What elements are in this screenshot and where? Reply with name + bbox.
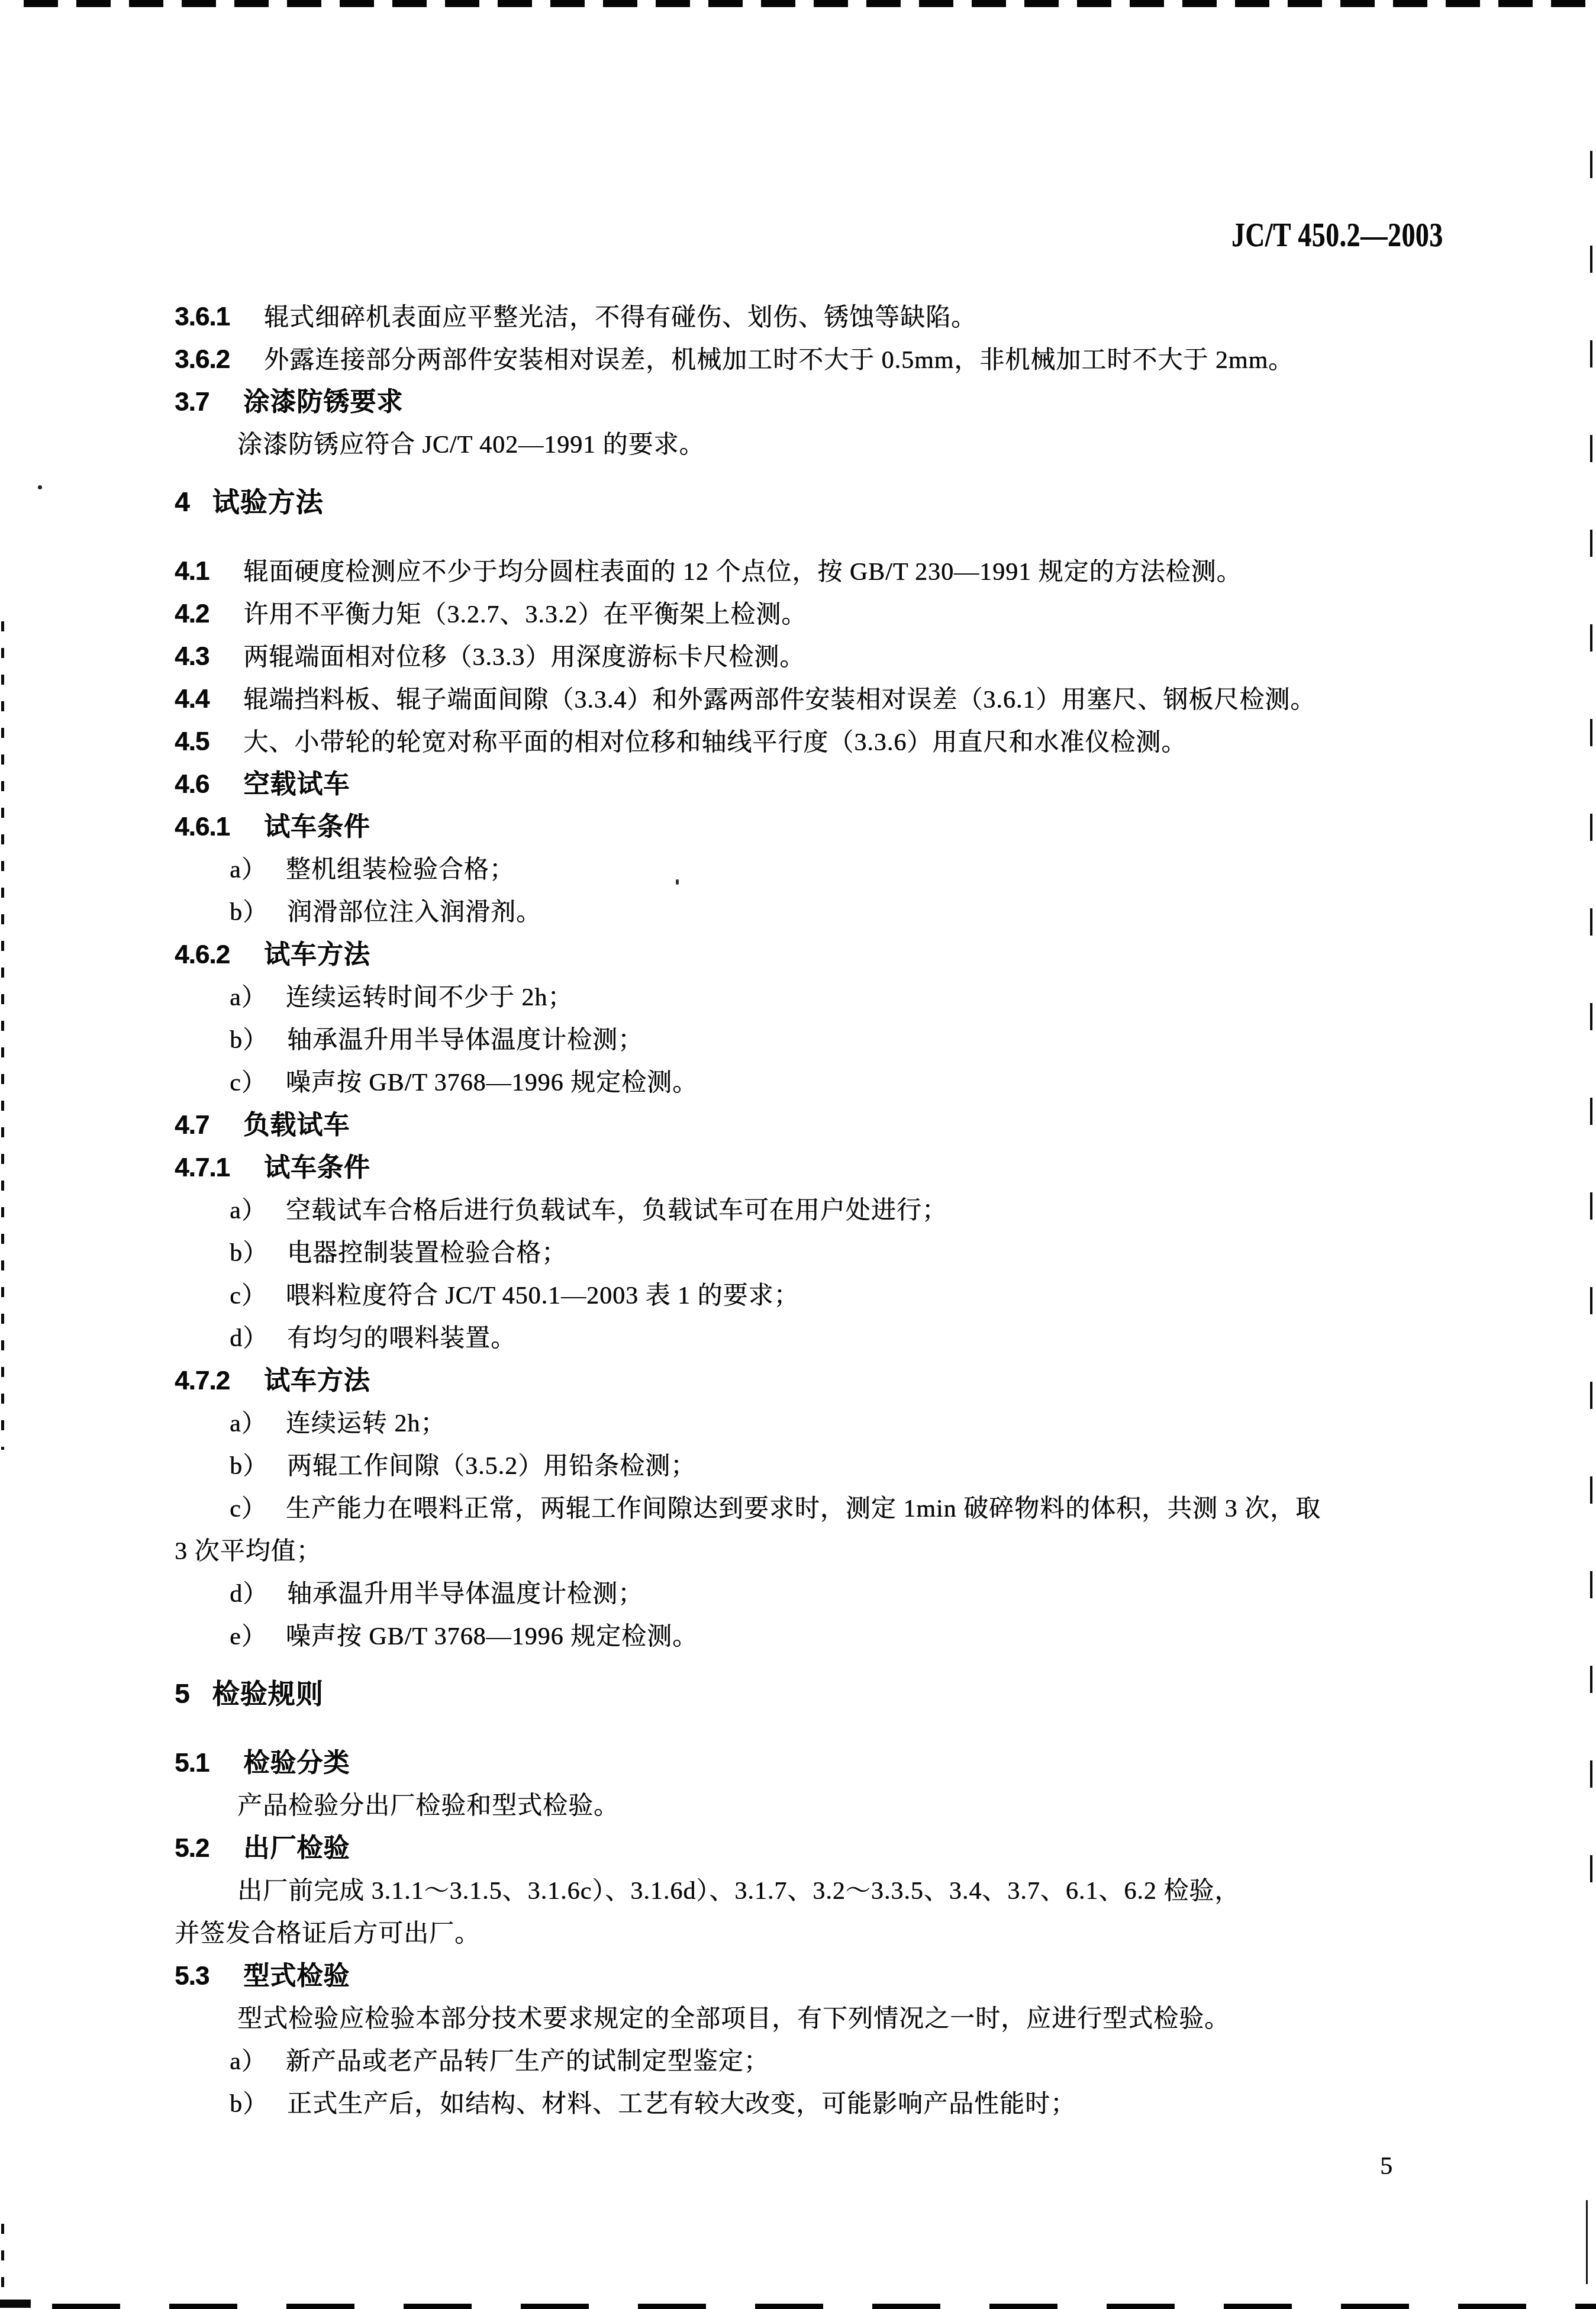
- document-line-cont: 3 次平均值；: [175, 1530, 1453, 1573]
- document-line-clause: 3.6.2外露连接部分两部件安装相对误差，机械加工时不大于 0.5mm，非机械加…: [175, 338, 1453, 381]
- document-line-item: d）有均匀的喂料装置。: [175, 1317, 1453, 1360]
- list-item-marker: c）: [230, 1275, 267, 1317]
- line-text: 空载试车合格后进行负载试车，负载试车可在用户处进行；: [286, 1197, 947, 1224]
- line-text: 噪声按 GB/T 3768—1996 规定检测。: [286, 1623, 698, 1650]
- document-line-heading: 5.1检验分类: [175, 1742, 1453, 1785]
- clause-number: 5: [175, 1672, 190, 1715]
- line-text: 润滑部位注入润滑剂。: [287, 899, 541, 926]
- clause-number: 4: [175, 480, 190, 523]
- document-line-item: a）连续运转 2h；: [175, 1402, 1453, 1445]
- line-text: 检验分类: [243, 1749, 350, 1778]
- document-line-clause: 4.5大、小带轮的轮宽对称平面的相对位移和轴线平行度（3.3.6）用直尺和水准仪…: [175, 721, 1453, 763]
- line-text: 连续运转 2h；: [286, 1410, 446, 1437]
- line-text: 许用不平衡力矩（3.2.7、3.3.2）在平衡架上检测。: [243, 601, 807, 628]
- document-line-heading: 3.7涂漆防锈要求: [175, 381, 1453, 424]
- line-text: 并签发合格证后方可出厂。: [175, 1920, 480, 1947]
- list-item-marker: c）: [230, 1062, 267, 1104]
- document-line-item: a）新产品或老产品转厂生产的试制定型鉴定；: [175, 2040, 1453, 2083]
- document-line-chapter: 5检验规则: [175, 1672, 1453, 1715]
- line-text: 外露连接部分两部件安装相对误差，机械加工时不大于 0.5mm，非机械加工时不大于…: [264, 347, 1294, 374]
- scan-artifact-top-edge: [24, 0, 1596, 7]
- line-text: 噪声按 GB/T 3768—1996 规定检测。: [286, 1069, 698, 1097]
- scan-artifact-right-edge: [1590, 151, 1592, 1932]
- line-text: 轴承温升用半导体温度计检测；: [287, 1581, 643, 1608]
- line-text: 两辊端面相对位移（3.3.3）用深度游标卡尺检测。: [243, 644, 805, 671]
- document-line-clause: 4.4辊端挡料板、辊子端面间隙（3.3.4）和外露两部件安装相对误差（3.6.1…: [175, 678, 1453, 721]
- document-line-item: c）喂料粒度符合 JC/T 450.1—2003 表 1 的要求；: [175, 1275, 1453, 1317]
- document-line-item: b）正式生产后，如结构、材料、工艺有较大改变，可能影响产品性能时；: [175, 2083, 1453, 2126]
- list-item-marker: d）: [230, 1317, 268, 1360]
- line-text: 有均匀的喂料装置。: [287, 1325, 516, 1352]
- list-item-marker: b）: [230, 1445, 268, 1488]
- clause-number: 5.2: [175, 1827, 209, 1870]
- scanned-standard-page: JC/T 450.2—2003 3.6.1辊式细碎机表面应平整光洁，不得有碰伤、…: [0, 0, 1596, 2309]
- line-text: 检验规则: [212, 1678, 324, 1709]
- document-line-body: 涂漆防锈应符合 JC/T 402—1991 的要求。: [175, 424, 1453, 466]
- clause-number: 5.3: [175, 1955, 209, 1998]
- document-line-item: a）整机组装检验合格；: [175, 849, 1453, 891]
- document-line-item: b）润滑部位注入润滑剂。: [175, 891, 1453, 934]
- document-line-heading: 4.7负载试车: [175, 1104, 1453, 1147]
- line-text: 辊式细碎机表面应平整光洁，不得有碰伤、划伤、锈蚀等缺陷。: [264, 304, 976, 331]
- line-text: 正式生产后，如结构、材料、工艺有较大改变，可能影响产品性能时；: [287, 2091, 1076, 2118]
- line-text: 出厂前完成 3.1.1～3.1.5、3.1.6c）、3.1.6d）、3.1.7、…: [237, 1878, 1240, 1905]
- document-line-heading: 4.7.1试车条件: [175, 1147, 1453, 1189]
- document-line-item: c）生产能力在喂料正常，两辊工作间隙达到要求时，测定 1min 破碎物料的体积，…: [175, 1488, 1453, 1530]
- list-item-marker: a）: [230, 2040, 267, 2083]
- clause-number: 5.1: [175, 1742, 209, 1785]
- document-line-clause: 4.3两辊端面相对位移（3.3.3）用深度游标卡尺检测。: [175, 636, 1453, 678]
- line-text: 试验方法: [212, 486, 324, 517]
- line-text: 两辊工作间隙（3.5.2）用铅条检测；: [287, 1453, 696, 1480]
- clause-number: 4.6: [175, 763, 209, 806]
- clause-number: 4.7: [175, 1104, 209, 1147]
- line-text: 试车方法: [264, 1366, 370, 1395]
- line-text: 电器控制装置检验合格；: [287, 1240, 567, 1267]
- line-text: 负载试车: [243, 1111, 350, 1140]
- line-text: 辊面硬度检测应不少于均分圆柱表面的 12 个点位，按 GB/T 230—1991…: [243, 559, 1242, 586]
- clause-number: 4.4: [175, 678, 209, 721]
- line-text: 涂漆防锈要求: [243, 388, 403, 417]
- clause-number: 4.7.2: [175, 1360, 230, 1402]
- document-line-cont: 并签发合格证后方可出厂。: [175, 1913, 1453, 1955]
- clause-number: 4.1: [175, 550, 209, 593]
- document-line-item: b）轴承温升用半导体温度计检测；: [175, 1019, 1453, 1062]
- scan-artifact-dot: [38, 485, 42, 489]
- document-line-body: 出厂前完成 3.1.1～3.1.5、3.1.6c）、3.1.6d）、3.1.7、…: [175, 1870, 1453, 1913]
- document-line-item: d）轴承温升用半导体温度计检测；: [175, 1573, 1453, 1615]
- line-text: 试车条件: [264, 812, 370, 841]
- document-line-clause: 4.2许用不平衡力矩（3.2.7、3.3.2）在平衡架上检测。: [175, 593, 1453, 636]
- list-item-marker: b）: [230, 891, 268, 934]
- list-item-marker: d）: [230, 1573, 268, 1615]
- line-text: 型式检验应检验本部分技术要求规定的全部项目，有下列情况之一时，应进行型式检验。: [237, 2005, 1230, 2033]
- clause-number: 4.6.1: [175, 806, 230, 849]
- line-text: 整机组装检验合格；: [286, 856, 515, 883]
- document-line-heading: 4.7.2试车方法: [175, 1360, 1453, 1402]
- clause-number: 4.7.1: [175, 1147, 230, 1189]
- document-body: 3.6.1辊式细碎机表面应平整光洁，不得有碰伤、划伤、锈蚀等缺陷。3.6.2外露…: [175, 296, 1453, 2126]
- document-line-chapter: 4试验方法: [175, 480, 1453, 523]
- scan-artifact-bottom-edge: [52, 2304, 1596, 2309]
- scan-artifact-left-edge-bottom: [1, 2224, 4, 2302]
- clause-number: 3.6.1: [175, 296, 230, 338]
- line-text: 轴承温升用半导体温度计检测；: [287, 1027, 643, 1054]
- page-number: 5: [1380, 2154, 1392, 2179]
- list-item-marker: b）: [230, 1232, 268, 1275]
- clause-number: 4.2: [175, 593, 209, 636]
- list-item-marker: a）: [230, 1189, 267, 1232]
- document-line-item: a）空载试车合格后进行负载试车，负载试车可在用户处进行；: [175, 1189, 1453, 1232]
- document-line-clause: 4.1辊面硬度检测应不少于均分圆柱表面的 12 个点位，按 GB/T 230—1…: [175, 550, 1453, 593]
- line-text: 产品检验分出厂检验和型式检验。: [237, 1792, 619, 1820]
- line-text: 大、小带轮的轮宽对称平面的相对位移和轴线平行度（3.3.6）用直尺和水准仪检测。: [243, 729, 1186, 756]
- document-line-item: a）连续运转时间不少于 2h；: [175, 976, 1453, 1019]
- scan-artifact-right-edge-bottom: [1586, 2200, 1588, 2284]
- list-item-marker: a）: [230, 1402, 267, 1445]
- list-item-marker: c）: [230, 1488, 267, 1530]
- document-line-heading: 4.6空载试车: [175, 763, 1453, 806]
- clause-number: 4.3: [175, 636, 209, 678]
- list-item-marker: a）: [230, 976, 267, 1019]
- clause-number: 4.6.2: [175, 934, 230, 976]
- document-line-heading: 5.3型式检验: [175, 1955, 1453, 1998]
- line-text: 涂漆防锈应符合 JC/T 402—1991 的要求。: [237, 431, 704, 459]
- document-line-heading: 4.6.1试车条件: [175, 806, 1453, 849]
- scan-artifact-left-edge: [1, 621, 4, 1450]
- line-text: 生产能力在喂料正常，两辊工作间隙达到要求时，测定 1min 破碎物料的体积，共测…: [286, 1495, 1321, 1523]
- line-text: 型式检验: [243, 1962, 350, 1991]
- line-text: 3 次平均值；: [175, 1538, 322, 1565]
- document-line-item: e）噪声按 GB/T 3768—1996 规定检测。: [175, 1615, 1453, 1658]
- document-line-item: c）噪声按 GB/T 3768—1996 规定检测。: [175, 1062, 1453, 1104]
- line-text: 试车方法: [264, 940, 370, 969]
- clause-number: 3.6.2: [175, 338, 230, 381]
- line-text: 新产品或老产品转厂生产的试制定型鉴定；: [286, 2048, 769, 2075]
- list-item-marker: a）: [230, 849, 267, 891]
- line-text: 辊端挡料板、辊子端面间隙（3.3.4）和外露两部件安装相对误差（3.6.1）用塞…: [243, 686, 1316, 714]
- list-item-marker: b）: [230, 2083, 268, 2126]
- document-line-body: 产品检验分出厂检验和型式检验。: [175, 1785, 1453, 1827]
- document-line-clause: 3.6.1辊式细碎机表面应平整光洁，不得有碰伤、划伤、锈蚀等缺陷。: [175, 296, 1453, 338]
- clause-number: 4.5: [175, 721, 209, 763]
- document-line-heading: 4.6.2试车方法: [175, 934, 1453, 976]
- document-line-item: b）两辊工作间隙（3.5.2）用铅条检测；: [175, 1445, 1453, 1488]
- document-line-heading: 5.2出厂检验: [175, 1827, 1453, 1870]
- list-item-marker: b）: [230, 1019, 268, 1062]
- document-line-item: b）电器控制装置检验合格；: [175, 1232, 1453, 1275]
- line-text: 出厂检验: [243, 1834, 350, 1863]
- line-text: 喂料粒度符合 JC/T 450.1—2003 表 1 的要求；: [286, 1282, 799, 1310]
- clause-number: 3.7: [175, 381, 209, 424]
- line-text: 空载试车: [243, 770, 350, 799]
- list-item-marker: e）: [230, 1615, 267, 1658]
- document-line-body: 型式检验应检验本部分技术要求规定的全部项目，有下列情况之一时，应进行型式检验。: [175, 1998, 1453, 2040]
- line-text: 连续运转时间不少于 2h；: [286, 984, 573, 1011]
- scan-artifact-bottom-left-blob: [0, 2300, 31, 2308]
- standard-code-header: JC/T 450.2—2003: [1231, 218, 1443, 252]
- line-text: 试车条件: [264, 1153, 370, 1182]
